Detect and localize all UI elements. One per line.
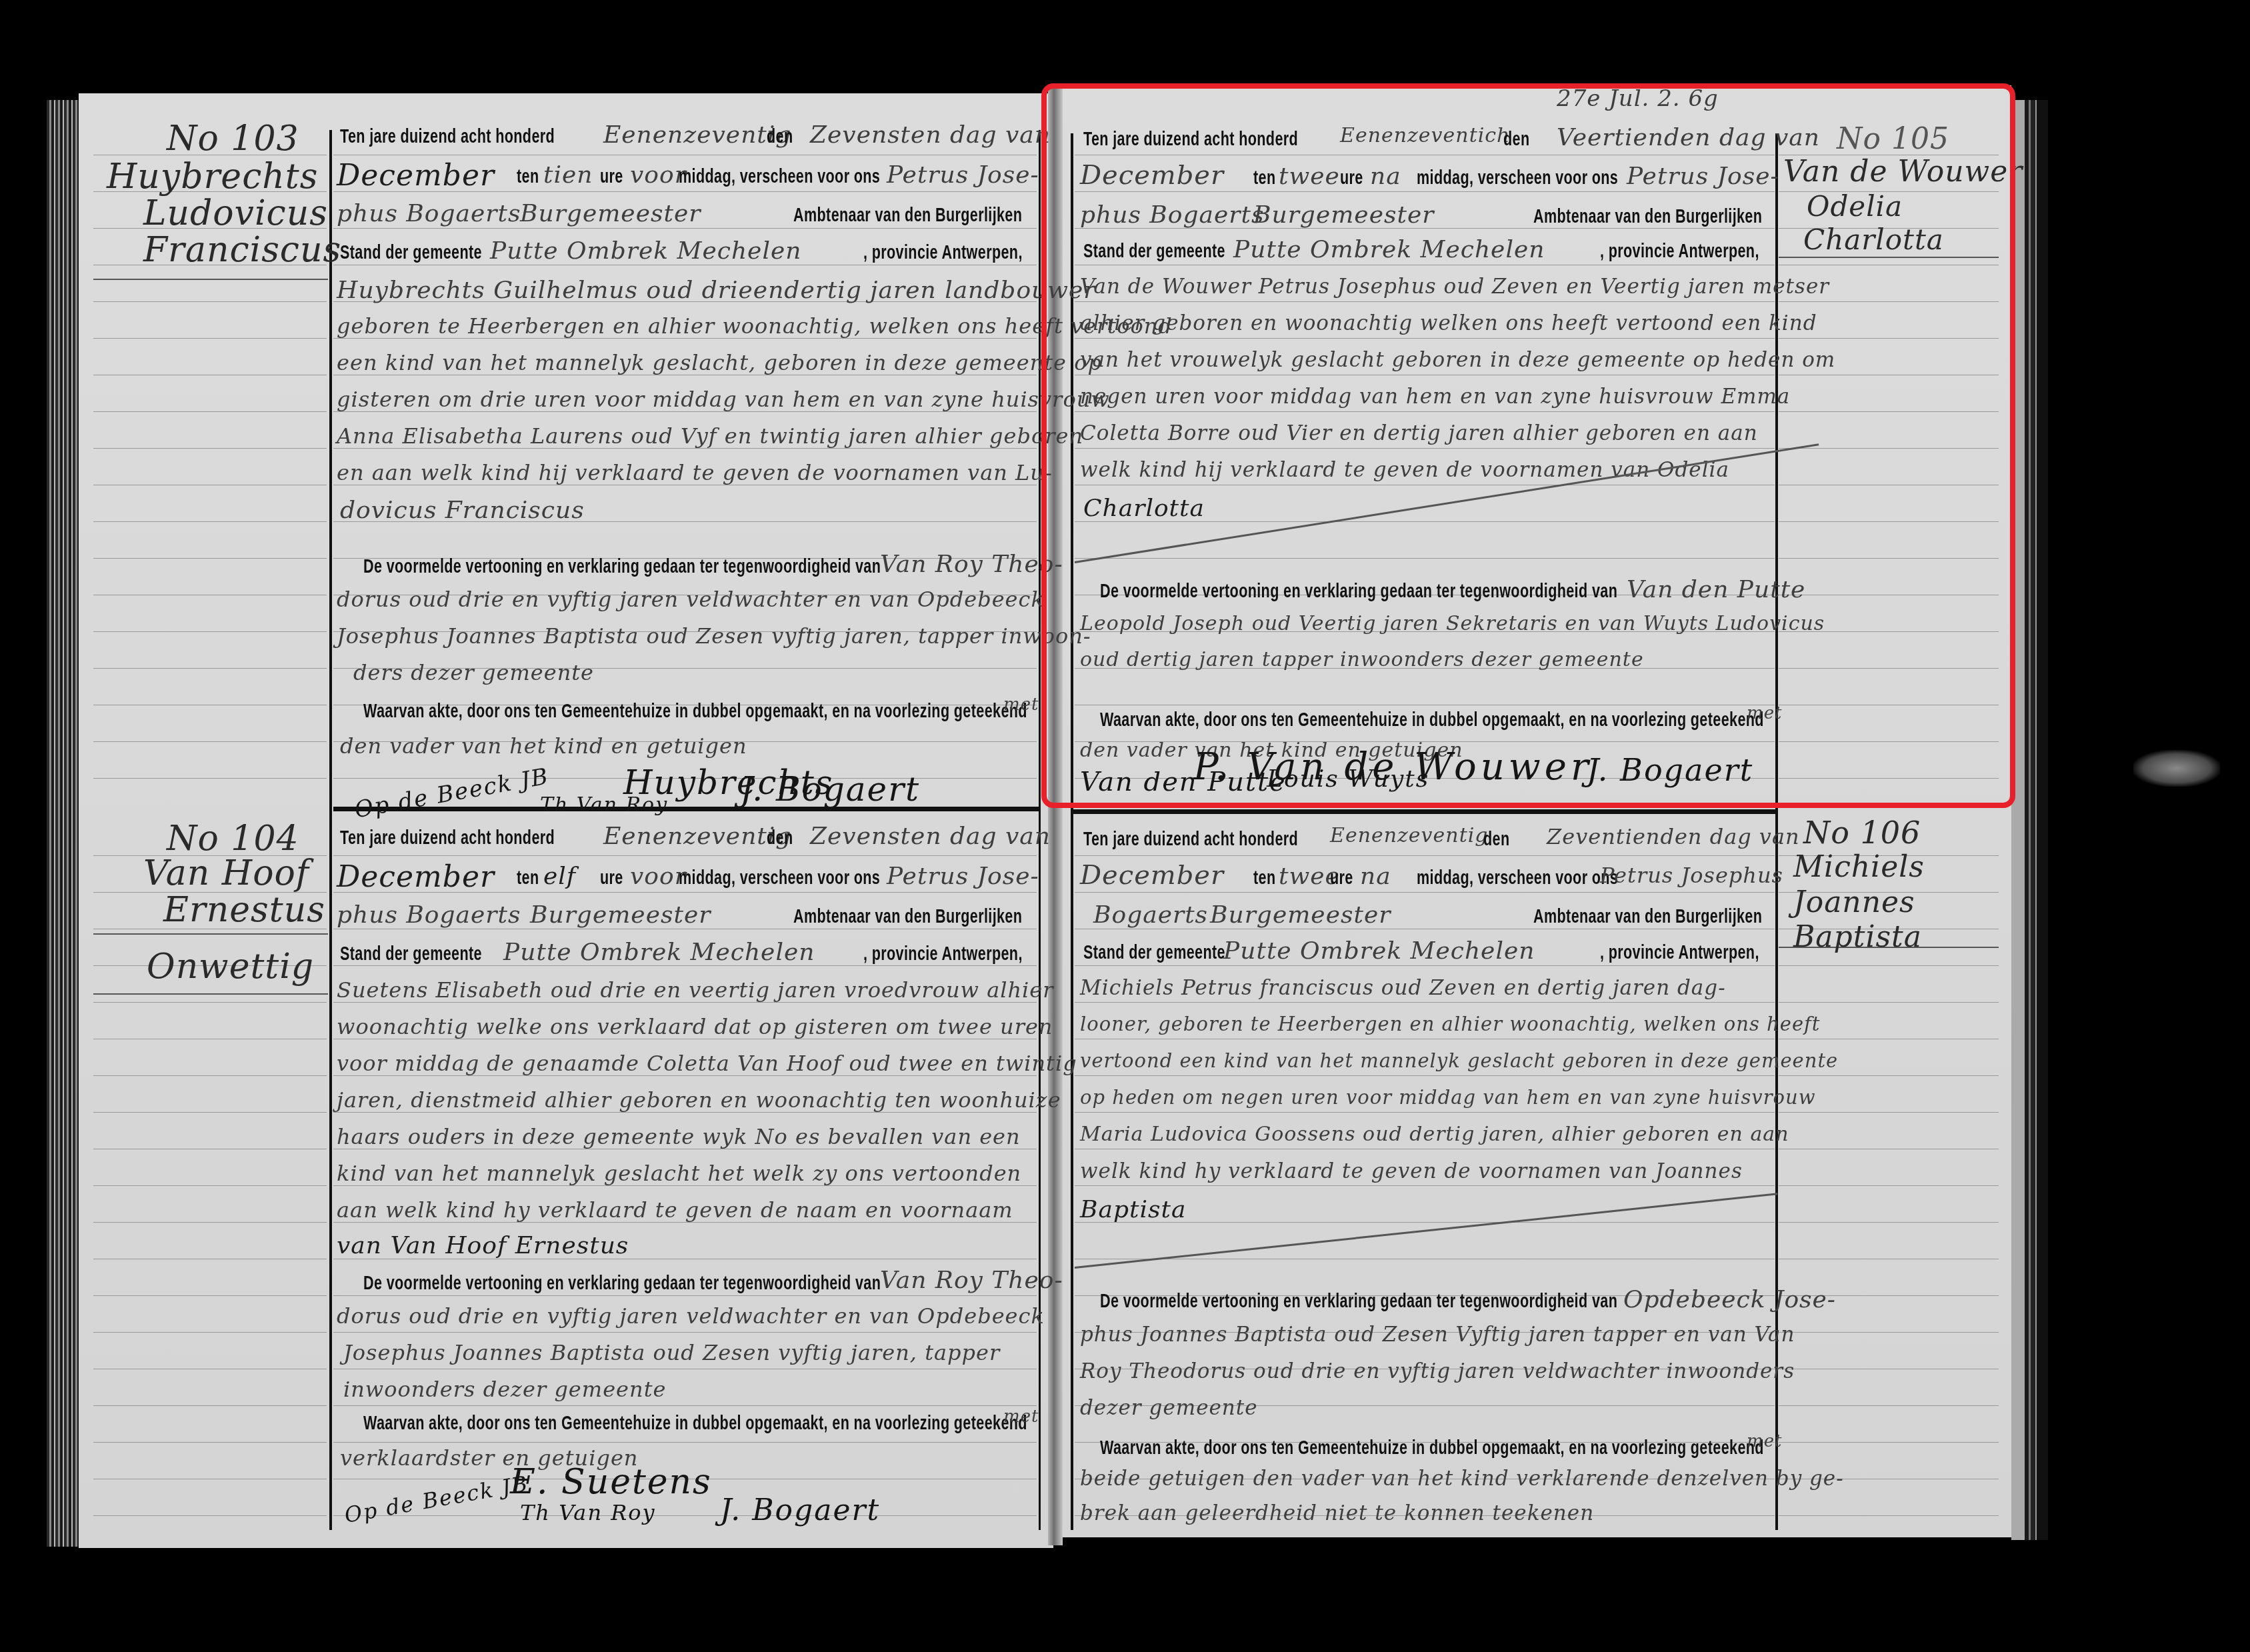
year-text: Eenenzeventig: [603, 121, 791, 149]
ruled-line: [93, 1075, 327, 1076]
witness-line: phus Joannes Baptista oud Zesen Vyftig j…: [1080, 1323, 1795, 1347]
margin-note-illegitimate: Onwettig: [147, 947, 314, 987]
body-line: Suetens Elisabeth oud drie en veertig ja…: [337, 977, 1054, 1003]
witness-line: dezer gemeente: [1080, 1396, 1258, 1420]
ruled-line: [93, 631, 327, 632]
printed-witness-intro: De voormelde vertooning en verklaring ge…: [363, 1272, 881, 1295]
ruled-line: [93, 668, 327, 669]
printed-line: middag, verscheen voor ons: [1417, 867, 1618, 889]
ruled-line: [1779, 1442, 1999, 1443]
witness-line: dorus oud drie en vyftig jaren veldwacht…: [337, 1303, 1045, 1329]
printed-line: ten: [517, 867, 539, 889]
closing-line: den vader van het kind en getuigen: [340, 733, 747, 759]
ruled-line: [1779, 1075, 1999, 1076]
printed-line: ure: [600, 867, 623, 889]
official-title: Burgemeester: [1210, 901, 1391, 929]
ruled-line: [1779, 1185, 1999, 1186]
highlight-box: [1041, 83, 2015, 808]
signature: Th Van Roy: [520, 1500, 656, 1525]
body-line: voor middag de genaamde Coletta Van Hoof…: [337, 1051, 1077, 1076]
witness-line: Van Roy Theo-: [880, 551, 1063, 578]
body-line: Michiels Petrus franciscus oud Zeven en …: [1080, 976, 1726, 1000]
ruled-line: [93, 558, 327, 559]
ruled-line: [333, 265, 1037, 265]
witness-line: inwoonders dezer gemeente: [343, 1377, 666, 1402]
margin-rule: [93, 279, 328, 280]
ruled-line: [93, 1002, 327, 1003]
ruled-line: [333, 1369, 1037, 1369]
printed-line: Ten jare duizend acht honderd: [340, 827, 555, 849]
ruled-line: [1779, 1039, 1999, 1039]
margin-rule: [93, 933, 328, 935]
body-line: woonachtig welke ons verklaard dat op gi…: [337, 1014, 1053, 1039]
printed-line: ure: [1330, 867, 1353, 889]
body-line: op heden om negen uren voor middag van h…: [1080, 1086, 1815, 1109]
ruled-line: [333, 228, 1037, 229]
printed-line: Stand der gemeente: [1083, 941, 1225, 964]
official-title: Burgemeester: [530, 901, 711, 929]
body-line: haars ouders in deze gemeente wyk No es …: [337, 1124, 1021, 1149]
ruled-line: [1075, 1039, 1775, 1039]
ruled-line: [93, 778, 327, 779]
ruled-line: [93, 1405, 327, 1406]
ruled-line: [333, 155, 1037, 155]
ruled-line: [93, 301, 327, 302]
printed-line: ure: [600, 165, 623, 188]
printed-line: , provincie Antwerpen,: [1600, 941, 1759, 964]
printed-line: , provincie Antwerpen,: [863, 943, 1023, 965]
ruled-line: [93, 521, 327, 522]
municipality: Putte Ombrek Mechelen: [1223, 937, 1535, 965]
ruled-line: [1779, 965, 1999, 966]
printed-line: Ten jare duizend acht honderd: [1083, 828, 1298, 851]
ruled-line: [93, 375, 327, 375]
ruled-line: [93, 741, 327, 742]
closing-suffix: met: [1747, 1431, 1783, 1451]
day-text: Zevensten dag van: [810, 823, 1051, 850]
body-line: welk kind hy verklaard te geven de voorn…: [1080, 1159, 1743, 1183]
ruled-line: [93, 1039, 327, 1039]
ruled-line: [1075, 892, 1775, 893]
printed-line: ten: [517, 165, 539, 188]
ruled-line: [93, 448, 327, 449]
closing-suffix: met: [1003, 695, 1039, 715]
ruled-line: [93, 411, 327, 412]
day-text: Zeventienden dag van: [1547, 824, 1800, 849]
year-text: Eenenzeventig: [1330, 824, 1489, 847]
printed-line: den: [767, 125, 793, 148]
book-edge-right: [2011, 100, 2048, 1540]
ruled-line: [1075, 855, 1775, 856]
printed-line: middag, verscheen voor ons: [679, 165, 880, 188]
ruled-line: [333, 929, 1037, 929]
official-name-cont: Bogaerts: [1093, 901, 1208, 929]
ruled-line: [333, 1295, 1037, 1296]
ruled-line: [1075, 1185, 1775, 1186]
signature: J. Bogaert: [740, 770, 920, 809]
body-line: looner, geboren te Heerbergen en alhier …: [1080, 1013, 1820, 1035]
ruled-line: [93, 1369, 327, 1369]
ruled-line: [93, 1185, 327, 1186]
signature: E. Suetens: [510, 1462, 712, 1502]
margin-firstname: Ernestus: [163, 890, 325, 930]
margin-rule: [93, 993, 328, 995]
body-line: Anna Elisabetha Laurens oud Vyf en twint…: [337, 423, 1083, 449]
printed-line: Ambtenaar van den Burgerlijken: [793, 204, 1022, 227]
body-line: Maria Ludovica Goossens oud dertig jaren…: [1080, 1123, 1789, 1146]
official-name-cont: phus Bogaerts: [337, 901, 521, 929]
ruled-line: [1075, 1259, 1775, 1259]
printed-line: Ambtenaar van den Burgerlijken: [793, 905, 1022, 928]
ruled-line: [93, 1479, 327, 1479]
ruled-line: [333, 1442, 1037, 1443]
ruled-line: [93, 1112, 327, 1113]
printed-closing: Waarvan akte, door ons ten Gemeentehuize…: [363, 700, 1027, 723]
ruled-line: [93, 1222, 327, 1223]
ruled-line: [1779, 1369, 1999, 1369]
ruled-line: [93, 595, 327, 595]
municipality: Putte Ombrek Mechelen: [490, 237, 801, 265]
witness-line: Van Roy Theo-: [880, 1267, 1063, 1294]
printed-witness-intro: De voormelde vertooning en verklaring ge…: [1100, 1290, 1617, 1313]
municipality: Putte Ombrek Mechelen: [503, 939, 815, 966]
printed-line: den: [767, 827, 793, 849]
entry-number: No 106: [1803, 815, 1921, 851]
ruled-line: [93, 1295, 327, 1296]
body-line: jaren, dienstmeid alhier geboren en woon…: [337, 1087, 1061, 1113]
margin-firstname: Baptista: [1793, 920, 1922, 954]
entry-number: No 103: [167, 119, 299, 159]
ruled-line: [93, 338, 327, 339]
printed-line: ten: [1253, 867, 1275, 889]
body-line: gisteren om drie uren voor middag van he…: [337, 387, 1110, 412]
body-line: aan welk kind hy verklaard te geven de n…: [337, 1197, 1013, 1223]
ruled-line: [333, 1405, 1037, 1406]
official-title: Burgemeester: [520, 200, 701, 227]
printed-line: Ten jare duizend acht honderd: [340, 125, 555, 148]
printed-line: Stand der gemeente: [340, 241, 482, 264]
margin-surname: Van Hoof: [143, 853, 309, 893]
ruled-line: [1075, 1149, 1775, 1149]
ruled-line: [1779, 1002, 1999, 1003]
body-line: vertoond een kind van het mannelyk gesla…: [1080, 1049, 1838, 1072]
child-name: van Van Hoof Ernestus: [337, 1232, 629, 1259]
margin-firstname: Ludovicus: [143, 193, 328, 233]
witness-line: Roy Theodorus oud drie en vyftig jaren v…: [1080, 1359, 1795, 1383]
closing-suffix: met: [1003, 1407, 1039, 1427]
printed-closing: Waarvan akte, door ons ten Gemeentehuize…: [1100, 1437, 1764, 1459]
ruled-line: [93, 1515, 327, 1516]
official-name: Petrus Josephus: [1600, 863, 1783, 888]
closing-line: brek aan geleerdheid niet te konnen teek…: [1080, 1501, 1594, 1525]
year-text: Eenenzeventig: [603, 823, 791, 850]
printed-witness-intro: De voormelde vertooning en verklaring ge…: [363, 555, 881, 578]
witness-line: ders dezer gemeente: [353, 660, 594, 685]
ruled-line: [93, 485, 327, 485]
ruled-line: [1779, 1112, 1999, 1113]
witness-line: Josephus Joannes Baptista oud Zesen vyft…: [343, 1340, 1000, 1365]
margin-surname: Huybrechts: [107, 157, 318, 197]
ruled-line: [93, 1332, 327, 1333]
ruled-line: [93, 1259, 327, 1259]
ruled-line: [93, 1442, 327, 1443]
left-page-margin-divider: [329, 130, 332, 1530]
closing-line: beide getuigen den vader van het kind ve…: [1080, 1467, 1844, 1491]
witness-line: dorus oud drie en vyftig jaren veldwacht…: [337, 587, 1045, 612]
month-text: December: [337, 159, 495, 193]
day-text: Zevensten dag van: [810, 121, 1051, 149]
signature: J. Bogaert: [720, 1493, 880, 1527]
ruled-line: [93, 1149, 327, 1149]
ruled-line: [333, 1515, 1037, 1516]
printed-line: , provincie Antwerpen,: [863, 241, 1023, 264]
margin-firstname: Franciscus: [143, 230, 341, 270]
body-line: en aan welk kind hij verklaard te geven …: [337, 460, 1053, 485]
ruled-line: [1075, 1112, 1775, 1113]
body-line: kind van het mannelyk geslacht het welk …: [337, 1161, 1021, 1186]
printed-line: Stand der gemeente: [340, 943, 482, 965]
ruled-line: [93, 705, 327, 705]
official-name-cont: phus Bogaerts: [337, 200, 521, 227]
right-entry-separator: [1073, 809, 1775, 814]
ruled-line: [333, 1332, 1037, 1333]
entry-number: No 104: [167, 819, 299, 859]
body-line: een kind van het mannelyk geslacht, gebo…: [337, 350, 1102, 375]
ruled-line: [1779, 1259, 1999, 1259]
ruled-line: [1075, 929, 1775, 929]
hour-text: elf: [543, 863, 576, 890]
ruled-line: [333, 855, 1037, 856]
ruled-line: [1075, 965, 1775, 966]
official-name: Petrus Jose-: [887, 161, 1039, 189]
margin-surname: Michiels: [1793, 850, 1925, 884]
child-name: Baptista: [1080, 1196, 1186, 1223]
official-name: Petrus Jose-: [887, 863, 1039, 890]
signature: Th Van Roy: [540, 793, 668, 817]
ruled-line: [1779, 1222, 1999, 1223]
child-name: dovicus Franciscus: [340, 497, 585, 524]
month-text: December: [1080, 860, 1224, 891]
printed-line: den: [1483, 828, 1509, 851]
ruled-line: [1075, 1075, 1775, 1076]
ampm-text: na: [1360, 863, 1391, 890]
printed-closing: Waarvan akte, door ons ten Gemeentehuize…: [363, 1412, 1027, 1435]
witness-line: Opdebeeck Jose-: [1623, 1286, 1836, 1313]
witness-line: Josephus Joannes Baptista oud Zesen vyft…: [337, 623, 1091, 649]
printed-line: Ambtenaar van den Burgerlijken: [1533, 905, 1762, 928]
margin-firstname: Joannes: [1793, 885, 1915, 919]
ruled-line: [1779, 1149, 1999, 1149]
month-text: December: [337, 860, 495, 894]
printed-line: middag, verscheen voor ons: [679, 867, 880, 889]
light-reflection: [2133, 750, 2220, 787]
body-line: Huybrechts Guilhelmus oud drieendertig j…: [337, 277, 1096, 304]
ruled-line: [1779, 1515, 1999, 1516]
book-edge-left: [47, 100, 83, 1547]
ruled-line: [1779, 1405, 1999, 1406]
ruled-line: [1779, 1332, 1999, 1333]
hour-text: tien: [543, 161, 593, 189]
ruled-line: [1075, 1002, 1775, 1003]
